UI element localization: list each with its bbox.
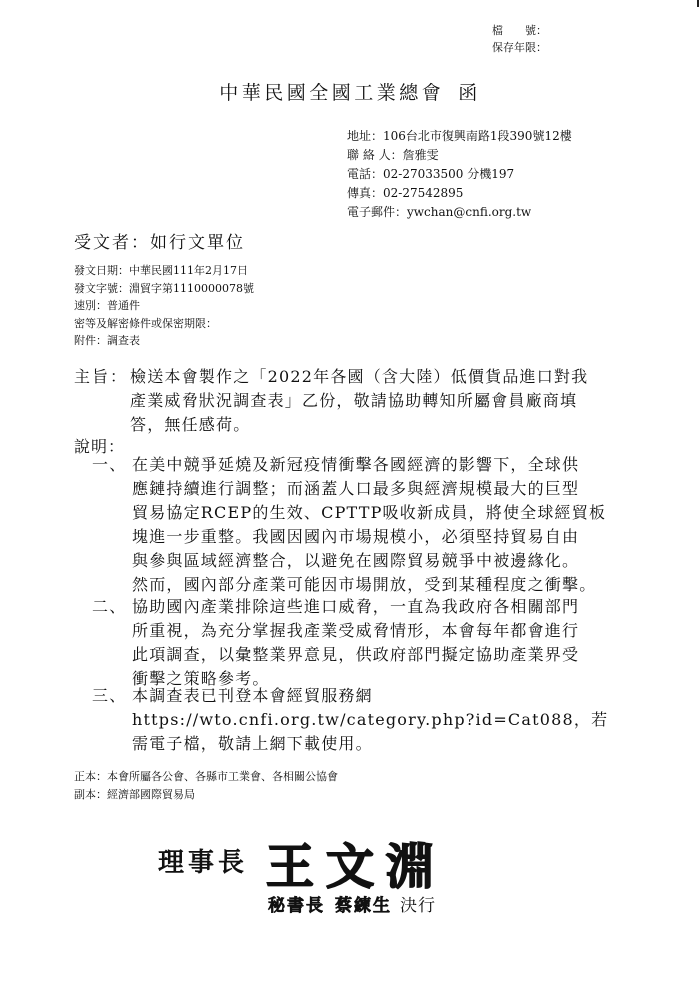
attachment: 附件：調查表 <box>74 332 254 350</box>
subject-body: 檢送本會製作之「2022年各國（含大陸）低價貨品進口對我 產業威脅狀況調查表」乙… <box>130 365 588 437</box>
item-line-url[interactable]: https://wto.cnfi.org.tw/category.php?id=… <box>132 708 608 732</box>
distribution-list: 正本：本會所屬各公會、各縣市工業會、各相關公協會 副本：經濟部國際貿易局 <box>74 768 338 804</box>
item-line: 本調查表已刊登本會經貿服務網 <box>132 684 608 708</box>
email: 電子郵件：ywchan@cnfi.org.tw <box>347 203 572 222</box>
item-line: 應鏈持續進行調整；而涵蓋人口最多與經濟規模最大的巨型 <box>132 477 606 501</box>
urgency: 速別：普通件 <box>74 297 254 315</box>
item-line: 貿易協定RCEP的生效、CPTTP吸收新成員，將使全球經貿板 <box>132 501 606 525</box>
item-line: 塊進一步重整。我國因國內市場規模小，必須堅持貿易自由 <box>132 525 606 549</box>
address: 地址：106台北市復興南路1段390號12樓 <box>347 127 572 146</box>
item-line: 協助國內產業排除這些進口威脅，一直為我政府各相關部門 <box>132 595 579 619</box>
original-recipients: 正本：本會所屬各公會、各縣市工業會、各相關公協會 <box>74 768 338 786</box>
item-line: 與參與區域經濟整合，以避免在國際貿易競爭中被邊緣化。 <box>132 549 606 573</box>
item-body: 協助國內產業排除這些進口威脅，一直為我政府各相關部門 所重視，為充分掌握我產業受… <box>132 595 579 691</box>
item-line: 所重視，為充分掌握我產業受威脅情形，本會每年都會進行 <box>132 619 579 643</box>
document-type: 函 <box>458 82 481 104</box>
item-body: 本調查表已刊登本會經貿服務網 https://wto.cnfi.org.tw/c… <box>132 684 608 756</box>
classification: 密等及解密條件或保密期限： <box>74 315 254 333</box>
chairman-title: 理事長 <box>158 842 248 879</box>
item-number: 三、 <box>92 684 126 708</box>
subject-line: 檢送本會製作之「2022年各國（含大陸）低價貨品進口對我 <box>130 365 588 389</box>
item-line: 此項調查，以彙整業界意見，供政府部門擬定協助產業界受 <box>132 643 579 667</box>
item-line: 在美中競爭延燒及新冠疫情衝擊各國經濟的影響下，全球供 <box>132 453 606 477</box>
secretary-name: 蔡練生 <box>335 896 392 916</box>
scan-artifact <box>697 0 699 7</box>
recipient: 受文者：如行文單位 <box>74 228 245 253</box>
subject-line: 產業威脅狀況調查表」乙份，敬請協助轉知所屬會員廠商填 <box>130 389 588 413</box>
retention-period-label: 保存年限： <box>492 39 547 56</box>
archive-info: 檔 號： 保存年限： <box>492 22 547 56</box>
contact-person: 聯 絡 人：詹雅雯 <box>347 146 572 165</box>
fax: 傳真：02-27542895 <box>347 184 572 203</box>
issue-date: 發文日期：中華民國111年2月17日 <box>74 262 254 280</box>
item-line: 需電子檔，敬請上網下載使用。 <box>132 732 608 756</box>
approval-action: 決行 <box>400 896 436 916</box>
contact-block: 地址：106台北市復興南路1段390號12樓 聯 絡 人：詹雅雯 電話：02-2… <box>347 127 572 222</box>
document-number: 發文字號：淵貿字第1110000078號 <box>74 280 254 298</box>
chairman-name-seal: 王文淵 <box>266 828 446 897</box>
item-number: 二、 <box>92 595 126 619</box>
phone: 電話：02-27033500 分機197 <box>347 165 572 184</box>
copy-recipients: 副本：經濟部國際貿易局 <box>74 786 338 804</box>
document-meta: 發文日期：中華民國111年2月17日 發文字號：淵貿字第1110000078號 … <box>74 262 254 350</box>
subject-line: 答，無任感荷。 <box>130 413 588 437</box>
secretary-title: 秘書長 <box>268 896 325 916</box>
subject-label: 主旨： <box>74 365 128 389</box>
file-number-label: 檔 號： <box>492 22 547 39</box>
item-number: 一、 <box>92 453 126 477</box>
organization-name: 中華民國全國工業總會 <box>219 82 444 104</box>
item-body: 在美中競爭延燒及新冠疫情衝擊各國經濟的影響下，全球供 應鏈持續進行調整；而涵蓋人… <box>132 453 606 597</box>
secretary-signature: 秘書長蔡練生決行 <box>268 891 436 916</box>
document-title: 中華民國全國工業總會函 <box>0 78 700 105</box>
item-line: 然而，國內部分產業可能因市場開放，受到某種程度之衝擊。 <box>132 573 606 597</box>
